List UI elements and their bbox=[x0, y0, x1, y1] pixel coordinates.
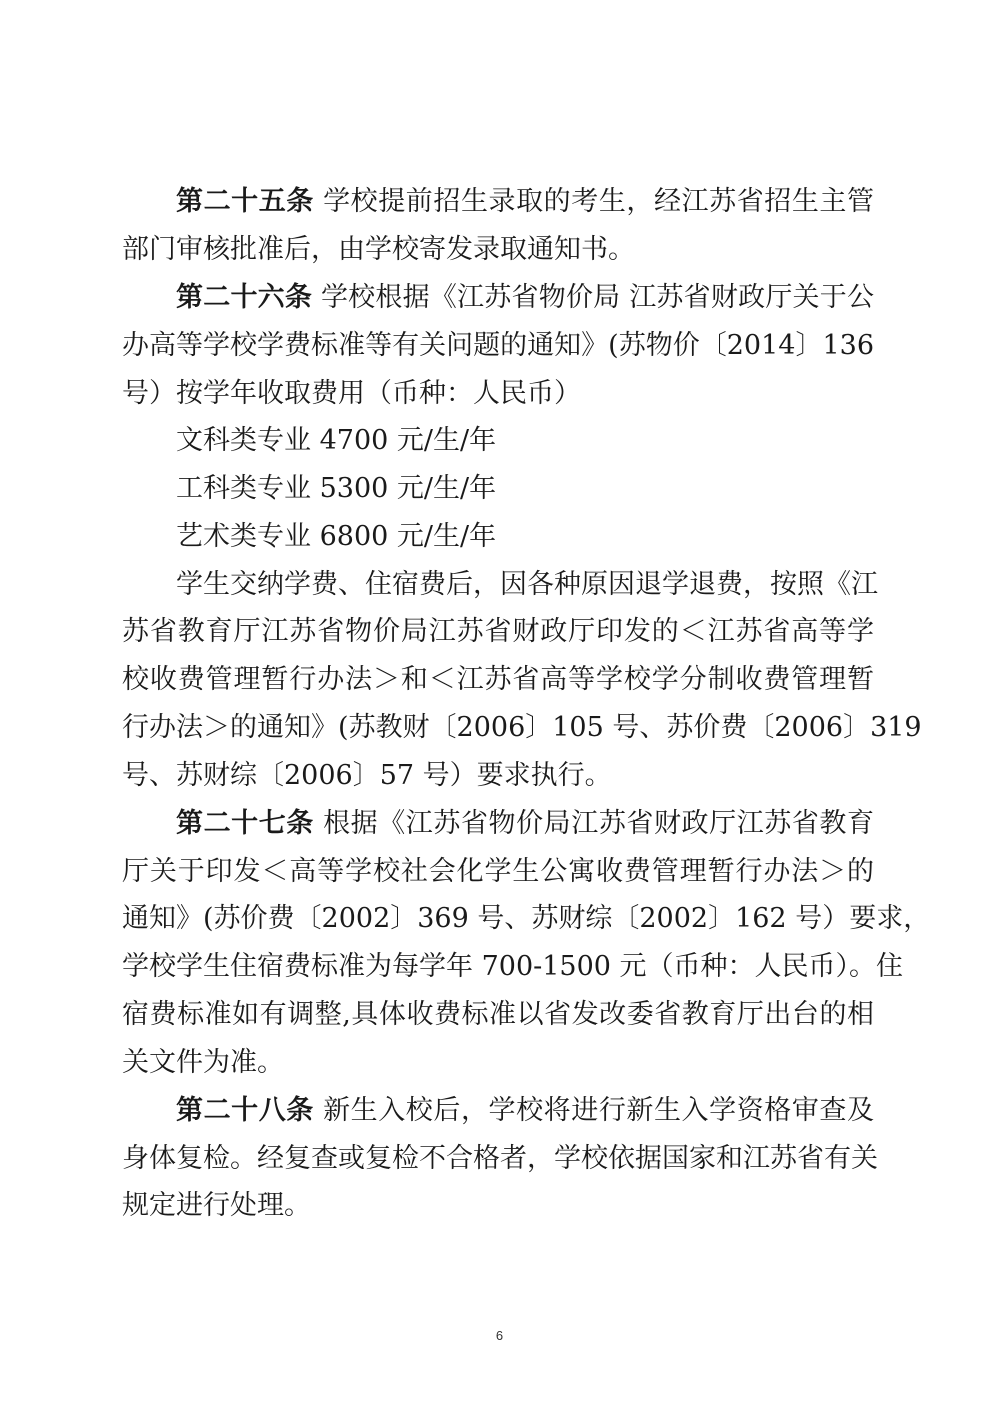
article-28-line-1: 第二十八条 新生入校后，学校将进行新生入学资格审查及 bbox=[176, 1091, 874, 1131]
article-27-line-1: 第二十七条 根据《江苏省物价局江苏省财政厅江苏省教育 bbox=[176, 804, 874, 844]
article-27-line-4: 学校学生住宿费标准为每学年 700-1500 元（币种：人民币）。住 bbox=[122, 947, 874, 987]
article-28-line-3: 规定进行处理。 bbox=[122, 1186, 874, 1226]
article-27-line-6: 关文件为准。 bbox=[122, 1043, 874, 1083]
article-26-title: 第二十六条 bbox=[176, 282, 312, 313]
document-page: 第二十五条 学校提前招生录取的考生，经江苏省招生主管 部门审核批准后，由学校寄发… bbox=[0, 0, 999, 1409]
article-26-line-3: 号）按学年收取费用（币种：人民币） bbox=[122, 374, 874, 414]
article-27-line-5: 宿费标准如有调整,具体收费标准以省发改委省教育厅出台的相 bbox=[122, 995, 874, 1035]
article-28-title: 第二十八条 bbox=[176, 1095, 314, 1126]
article-28-line-2: 身体复检。经复查或复检不合格者，学校依据国家和江苏省有关 bbox=[122, 1139, 874, 1179]
page-number: 6 bbox=[0, 1328, 999, 1343]
refund-line-3: 校收费管理暂行办法＞和＜江苏省高等学校学分制收费管理暂 bbox=[122, 660, 874, 700]
fee-engineering: 工科类专业 5300 元/生/年 bbox=[176, 469, 874, 509]
article-27-title: 第二十七条 bbox=[176, 808, 314, 839]
article-27-line-3: 通知》(苏价费〔2002〕369 号、苏财综〔2002〕162 号）要求， bbox=[122, 899, 874, 939]
fee-liberal-arts: 文科类专业 4700 元/生/年 bbox=[176, 421, 874, 461]
article-25-line-1: 第二十五条 学校提前招生录取的考生，经江苏省招生主管 bbox=[176, 182, 874, 222]
fee-arts: 艺术类专业 6800 元/生/年 bbox=[176, 517, 874, 557]
article-25-title: 第二十五条 bbox=[176, 186, 314, 217]
refund-line-1: 学生交纳学费、住宿费后，因各种原因退学退费，按照《江 bbox=[176, 565, 874, 605]
article-26-line-1: 第二十六条 学校根据《江苏省物价局 江苏省财政厅关于公 bbox=[176, 278, 874, 318]
refund-line-4: 行办法＞的通知》(苏教财〔2006〕105 号、苏价费〔2006〕319 bbox=[122, 708, 874, 748]
refund-line-2: 苏省教育厅江苏省物价局江苏省财政厅印发的＜江苏省高等学 bbox=[122, 612, 874, 652]
refund-line-5: 号、苏财综〔2006〕57 号）要求执行。 bbox=[122, 756, 874, 796]
article-27-line-2: 厅关于印发＜高等学校社会化学生公寓收费管理暂行办法＞的 bbox=[122, 852, 874, 892]
article-25-line-2: 部门审核批准后，由学校寄发录取通知书。 bbox=[122, 230, 874, 270]
article-26-line-2: 办高等学校学费标准等有关问题的通知》(苏物价〔2014〕136 bbox=[122, 326, 874, 366]
